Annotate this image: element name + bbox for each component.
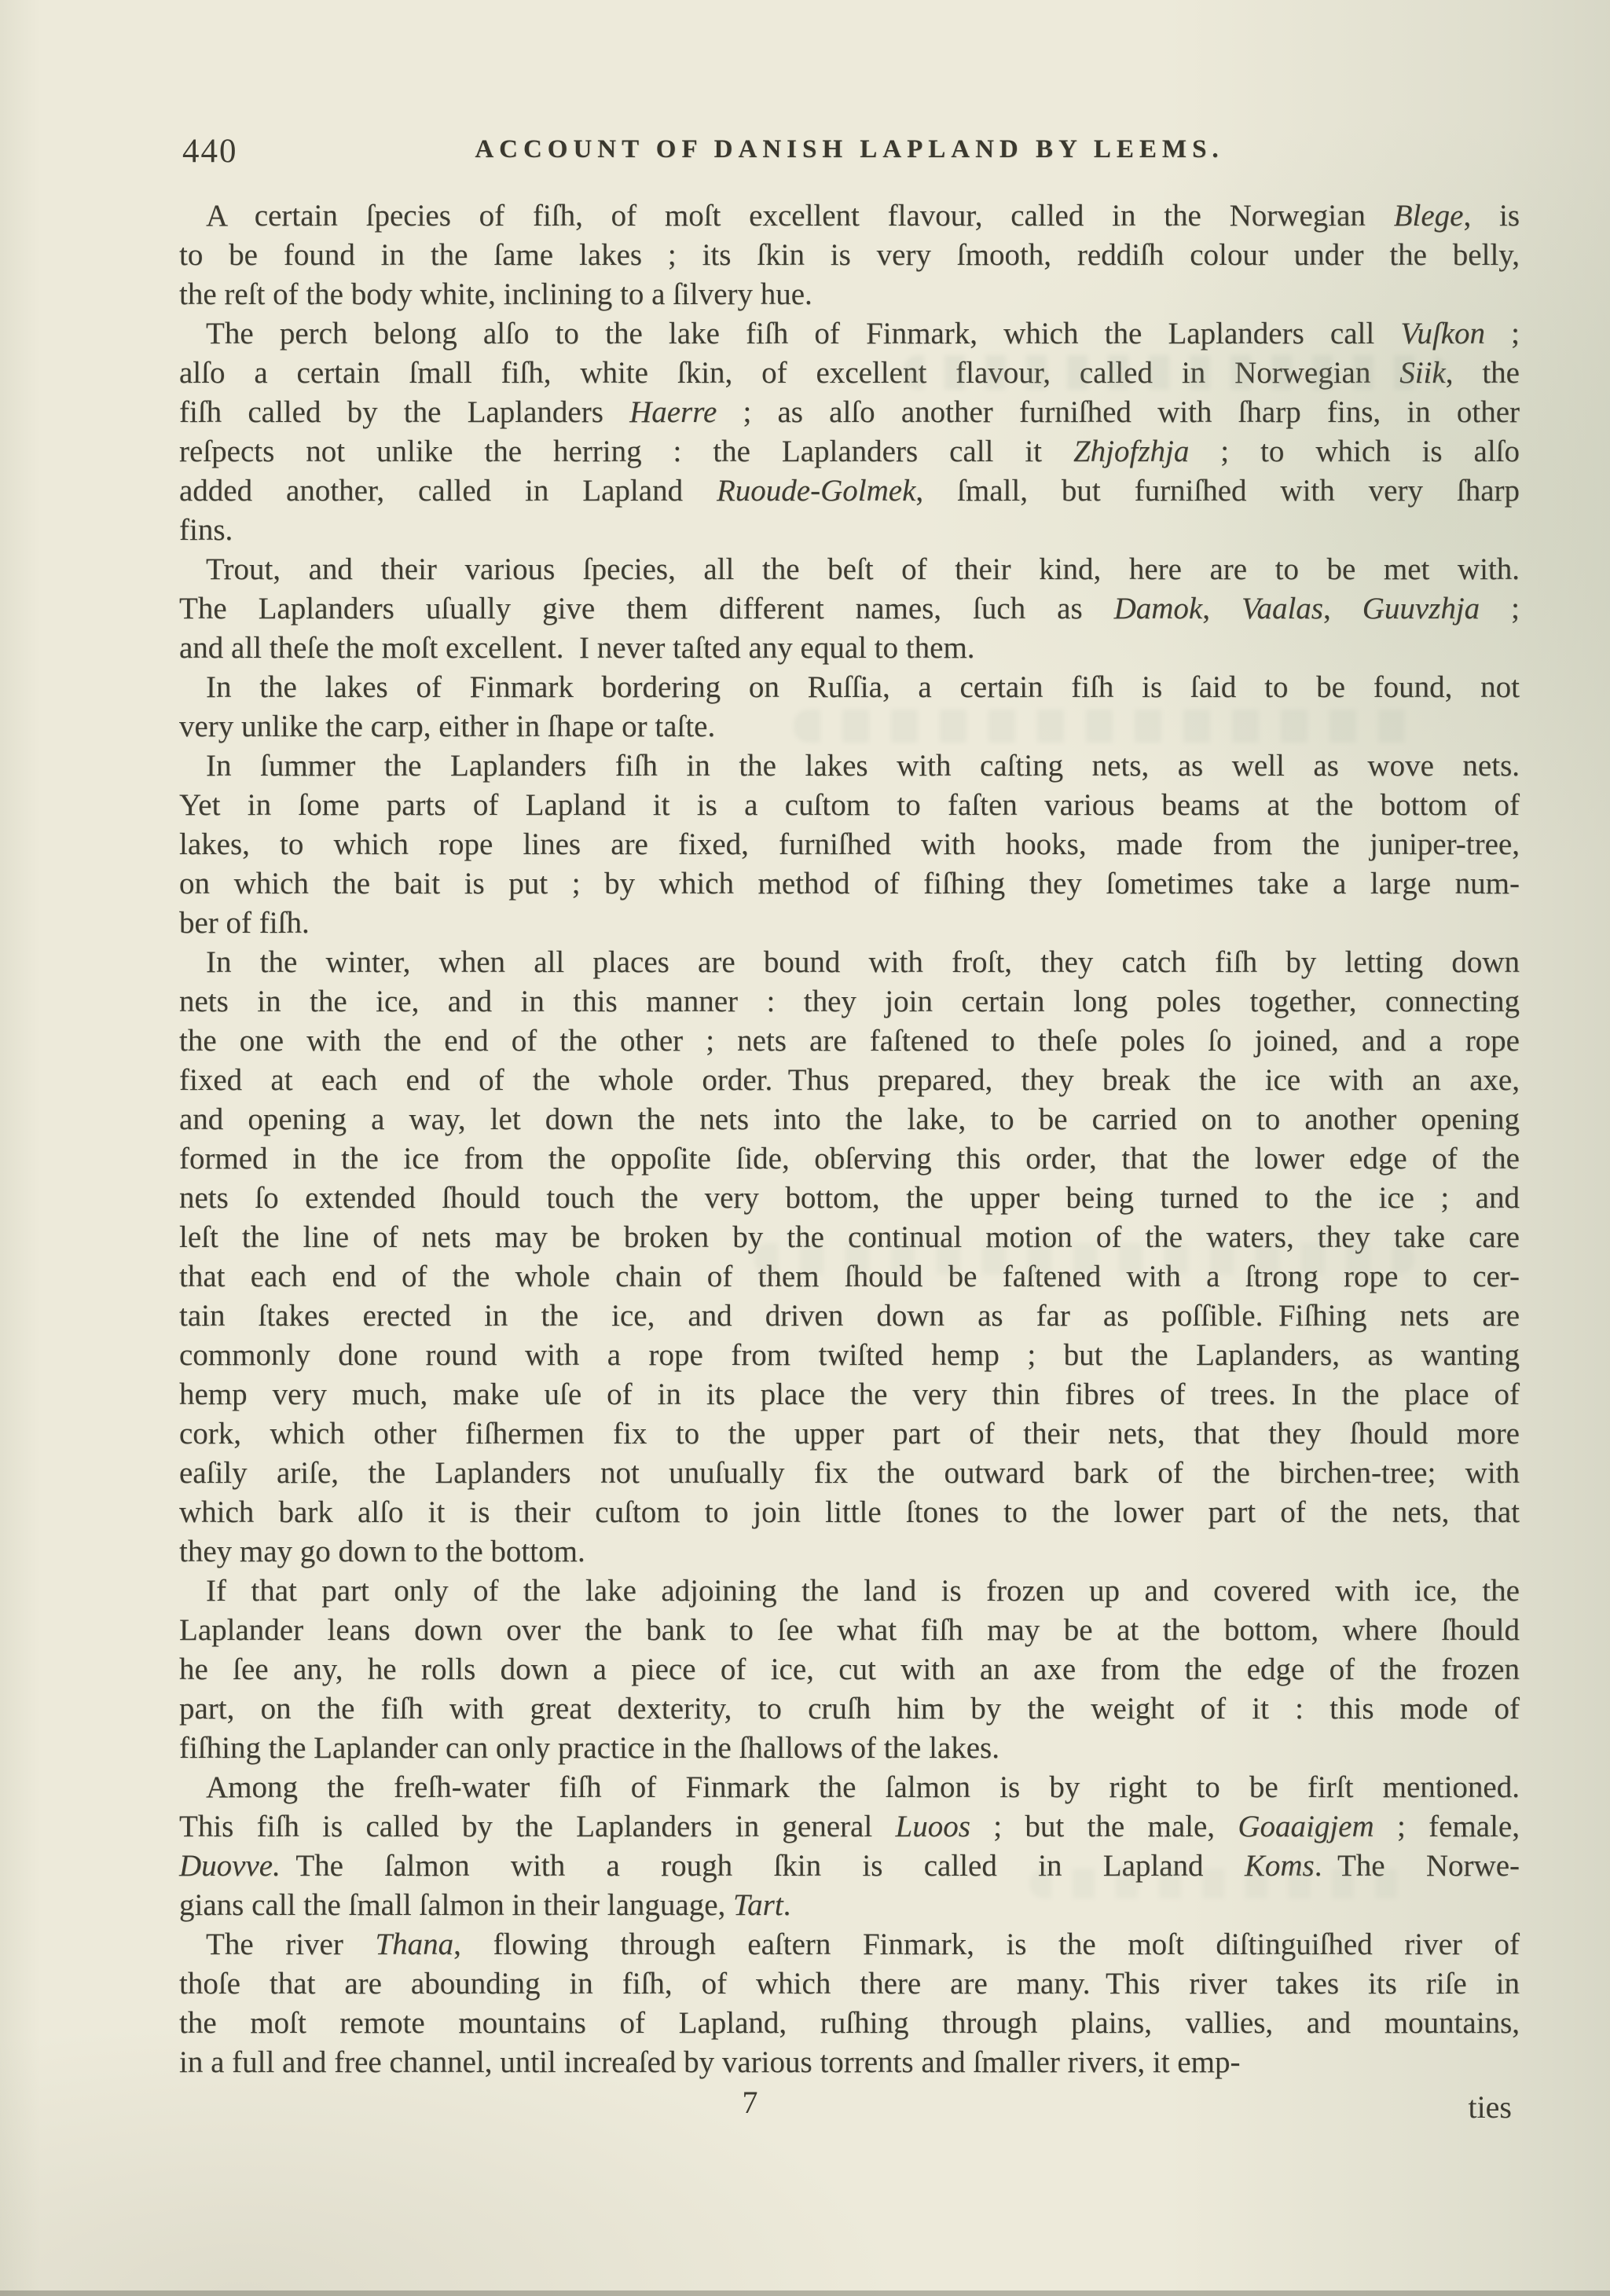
text-line: the one with the end of the other ; nets… — [179, 1021, 1520, 1061]
book-page: 440 ACCOUNT OF DANISH LAPLAND BY LEEMS. … — [0, 0, 1610, 2296]
text-line: they may go down to the bottom. — [179, 1532, 1520, 1572]
text-line: fiſhing the Laplander can only practice … — [179, 1729, 1520, 1768]
text-line: that each end of the whole chain of them… — [179, 1257, 1520, 1297]
text-line: Trout, and their various ſpecies, all th… — [179, 550, 1520, 589]
text-line: The river Thana, flowing through eaſtern… — [179, 1925, 1520, 1964]
text-line: If that part only of the lake adjoining … — [179, 1572, 1520, 1611]
text-line: leſt the line of nets may be broken by t… — [179, 1218, 1520, 1257]
text-line: nets ſo extended ſhould touch the very b… — [179, 1179, 1520, 1218]
text-line: alſo a certain ſmall fiſh, white ſkin, o… — [179, 354, 1520, 393]
text-line: the reſt of the body white, inclining to… — [179, 275, 1520, 314]
running-title: ACCOUNT OF DANISH LAPLAND BY LEEMS. — [179, 130, 1520, 164]
text-line: fiſh called by the Laplanders Haerre ; a… — [179, 393, 1520, 432]
text-line: in a full and free channel, until increa… — [179, 2043, 1520, 2082]
body-text: A certain ſpecies of fiſh, of moſt excel… — [179, 196, 1520, 2082]
text-line: In the lakes of Finmark bordering on Ruſ… — [179, 668, 1520, 707]
text-line: The perch belong alſo to the lake fiſh o… — [179, 314, 1520, 354]
text-line: added another, called in Lapland Ruoude-… — [179, 471, 1520, 511]
text-line: This fiſh is called by the Laplanders in… — [179, 1807, 1520, 1847]
text-line: reſpects not unlike the herring : the La… — [179, 432, 1520, 471]
text-line: the moſt remote mountains of Lapland, ru… — [179, 2004, 1520, 2043]
page-number: 440 — [182, 132, 238, 171]
text-line: lakes, to which rope lines are fixed, fu… — [179, 825, 1520, 864]
text-line: very unlike the carp, either in ſhape or… — [179, 707, 1520, 746]
text-line: Laplander leans down over the bank to ſe… — [179, 1611, 1520, 1650]
text-line: and all theſe the moſt excellent. I neve… — [179, 629, 1520, 668]
text-line: to be found in the ſame lakes ; its ſkin… — [179, 236, 1520, 275]
text-line: In ſummer the Laplanders fiſh in the lak… — [179, 746, 1520, 786]
text-line: gians call the ſmall ſalmon in their lan… — [179, 1886, 1520, 1925]
text-line: ber of fiſh. — [179, 904, 1520, 943]
text-line: part, on the fiſh with great dexterity, … — [179, 1689, 1520, 1729]
text-line: nets in the ice, and in this manner : th… — [179, 982, 1520, 1021]
signature-mark: 7 — [743, 2084, 758, 2121]
text-line: he ſee any, he rolls down a piece of ice… — [179, 1650, 1520, 1689]
text-line: on which the bait is put ; by which meth… — [179, 864, 1520, 904]
text-line: In the winter, when all places are bound… — [179, 943, 1520, 982]
text-line: Duovve. The ſalmon with a rough ſkin is … — [179, 1847, 1520, 1886]
text-line: Among the freſh-water fiſh of Finmark th… — [179, 1768, 1520, 1807]
text-line: hemp very much, make uſe of in its place… — [179, 1375, 1520, 1414]
text-line: which bark alſo it is their cuſtom to jo… — [179, 1493, 1520, 1532]
text-line: eaſily ariſe, the Laplanders not unuſual… — [179, 1454, 1520, 1493]
text-line: Yet in ſome parts of Lapland it is a cuſ… — [179, 786, 1520, 825]
catchword: ties — [1468, 2089, 1512, 2125]
text-line: A certain ſpecies of fiſh, of moſt excel… — [179, 196, 1520, 236]
text-line: cork, which other fiſhermen fix to the u… — [179, 1414, 1520, 1454]
text-line: formed in the ice from the oppoſite ſide… — [179, 1139, 1520, 1179]
text-line: tain ſtakes erected in the ice, and driv… — [179, 1297, 1520, 1336]
text-line: commonly done round with a rope from twi… — [179, 1336, 1520, 1375]
text-line: The Laplanders uſually give them differe… — [179, 589, 1520, 629]
text-line: thoſe that are abounding in fiſh, of whi… — [179, 1964, 1520, 2004]
text-line: fixed at each end of the whole order. Th… — [179, 1061, 1520, 1100]
page-header: 440 ACCOUNT OF DANISH LAPLAND BY LEEMS. — [179, 130, 1520, 171]
text-line: fins. — [179, 511, 1520, 550]
text-line: and opening a way, let down the nets int… — [179, 1100, 1520, 1139]
scan-edge-shadow — [0, 2290, 1610, 2296]
page-footer: 7 ties — [179, 2084, 1520, 2131]
